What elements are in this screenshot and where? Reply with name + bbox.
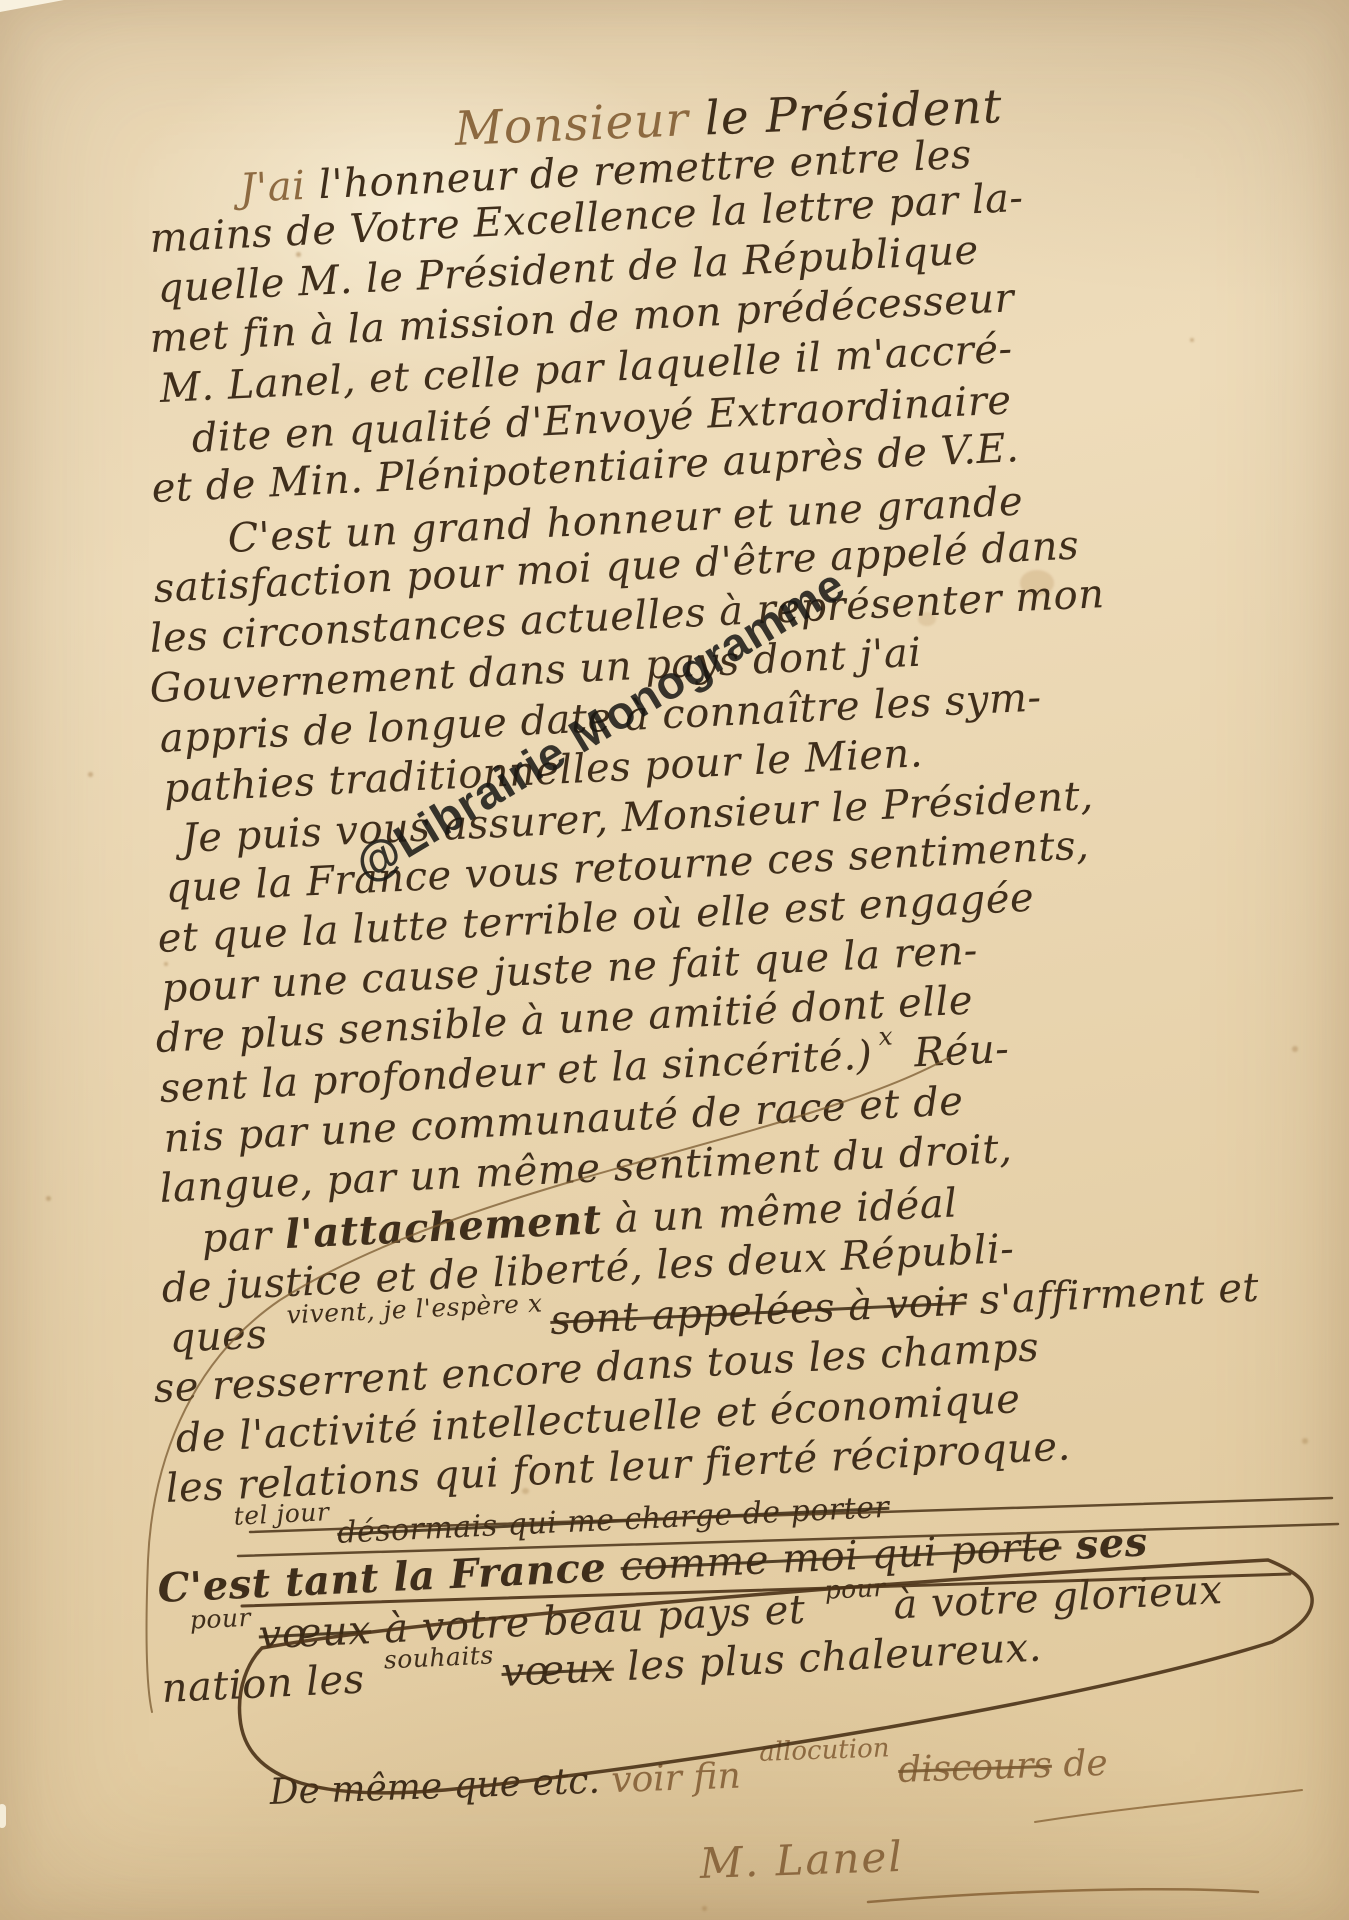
text-segment: pour <box>824 1573 886 1605</box>
text-segment: De même que etc. <box>269 1760 612 1813</box>
text-segment: voir fin <box>611 1755 753 1801</box>
text-segment: x <box>878 1021 894 1051</box>
text-segment: vœux <box>258 1607 373 1658</box>
text-segment: par <box>201 1212 286 1262</box>
paper-edge-nick <box>0 1804 6 1828</box>
signature-underline <box>868 1889 1258 1902</box>
paper-stain <box>702 1906 707 1911</box>
paper-stain <box>46 1196 51 1201</box>
text-segment: J'ai <box>239 162 320 212</box>
signature-reference: M. Lanel <box>699 1831 905 1890</box>
text-segment: tel jour <box>233 1497 330 1530</box>
text-segment: vœux <box>500 1645 615 1696</box>
text-segment: discours <box>897 1745 1052 1791</box>
manuscript-page: Monsieur le Président J'ai l'honneur de … <box>0 0 1349 1920</box>
text-segment: de <box>1051 1743 1108 1786</box>
text-segment: ques <box>169 1311 282 1362</box>
text-segment: allocution <box>759 1733 890 1768</box>
note-connector-line <box>1035 1790 1302 1822</box>
text-segment: pour <box>189 1603 251 1635</box>
text-segment: nation les <box>161 1656 379 1712</box>
text-segment: souhaits <box>383 1640 494 1674</box>
letter-body: J'ai l'honneur de remettre entre lesmain… <box>150 164 1329 1714</box>
text-segment: Réu- <box>900 1026 1010 1077</box>
page-corner-highlight <box>0 0 64 12</box>
marginal-note: De même que etc. voir fin allocutiondisc… <box>269 1739 1109 1821</box>
text-segment: ses <box>1060 1518 1149 1569</box>
text-segment: M. Lanel <box>699 1832 905 1888</box>
paper-stain <box>88 772 93 777</box>
